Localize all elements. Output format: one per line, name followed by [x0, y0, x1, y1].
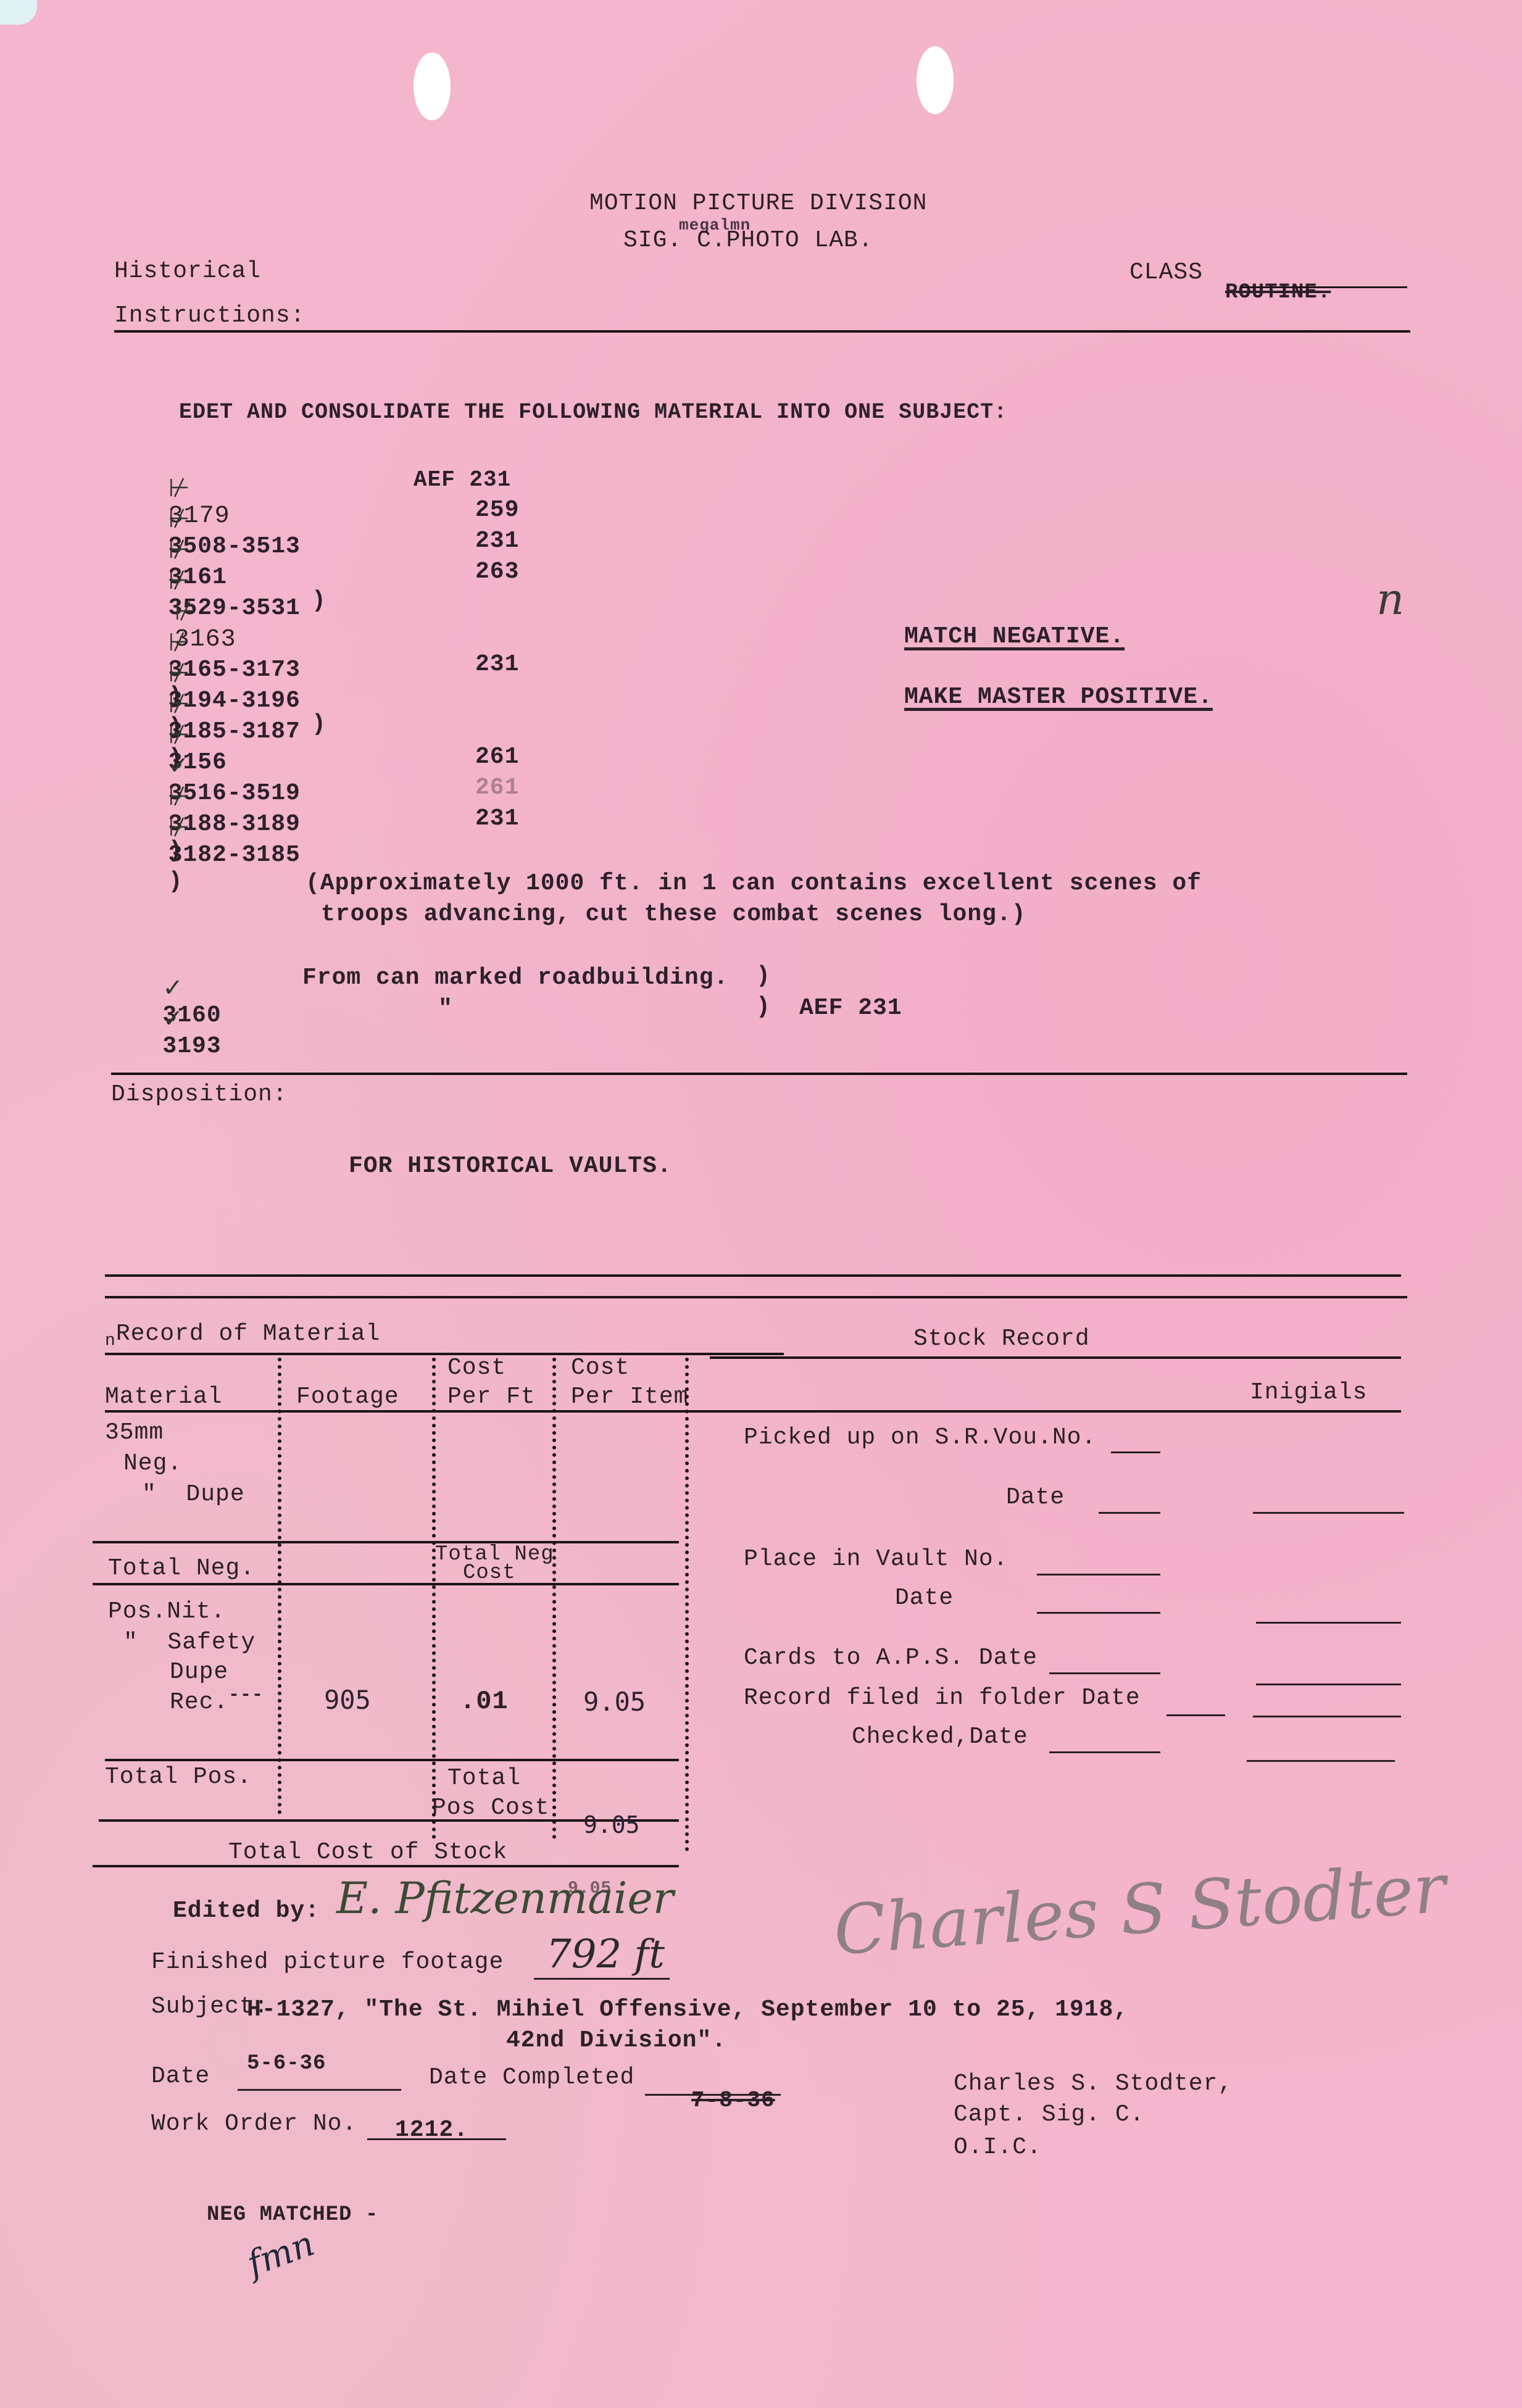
total-pos-cost-label: Total	[447, 1765, 521, 1791]
neg-total-bottom	[93, 1583, 679, 1585]
punch-hole-left	[414, 52, 451, 120]
disposition-line-2	[105, 1296, 1407, 1298]
pos-row-safety: " Safety	[123, 1629, 256, 1656]
vault-initials-field[interactable]	[1256, 1622, 1401, 1624]
total-pos-cost-label-2: Pos Cost	[432, 1795, 549, 1821]
col-cost-perft-top: Cost	[447, 1355, 506, 1381]
item-ref: AEF 231	[414, 467, 511, 492]
rec-dash: ---	[228, 1685, 264, 1706]
lab-title: SIG. C.PHOTO LAB.	[623, 227, 873, 254]
check-mark-icon: ✓	[162, 1005, 183, 1033]
margin-mark: n	[1376, 574, 1404, 625]
neg-row-35mm: 35mm	[105, 1419, 164, 1446]
document-page: MOTION PICTURE DIVISION megalmn SIG. C.P…	[0, 0, 1522, 2408]
date-underline	[238, 2089, 401, 2091]
disposition-value: FOR HISTORICAL VAULTS.	[349, 1153, 672, 1179]
record-filed-initials-field[interactable]	[1253, 1716, 1401, 1717]
finished-footage-underline	[534, 1978, 670, 1980]
pos-row-rec: Rec.	[170, 1689, 228, 1716]
total-pos-cost-value: 9.05	[583, 1811, 640, 1838]
class-underline	[1241, 286, 1407, 288]
extra-item: ✓ 3193	[139, 994, 222, 1071]
vault-date-field[interactable]	[1037, 1612, 1160, 1614]
neg-total-top	[93, 1541, 679, 1543]
item-ref-faded: 261	[475, 774, 519, 801]
historical-label: Historical	[114, 258, 261, 284]
col-cost-peritem-top: Cost	[571, 1355, 630, 1381]
item-bracket: )	[756, 963, 771, 989]
item-bracket: )	[312, 711, 326, 737]
directive-match-negative: MATCH NEGATIVE.	[904, 623, 1125, 650]
checked-date-label: Checked,Date	[852, 1724, 1028, 1750]
column-divider	[278, 1358, 286, 1814]
total-cost-line	[93, 1865, 679, 1867]
work-order-label: Work Order No.	[151, 2111, 357, 2137]
picked-up-label: Picked up on S.R.Vou.No.	[744, 1424, 1096, 1451]
neg-matched-label: NEG MATCHED -	[207, 2203, 378, 2227]
ditto-mark: "	[438, 995, 453, 1022]
record-filed-label: Record filed in folder Date	[744, 1685, 1141, 1711]
directive-master-positive: MAKE MASTER POSITIVE.	[904, 684, 1213, 710]
neg-row-neg: Neg.	[123, 1450, 182, 1477]
editor-signature: E. Pfitzenmaier	[336, 1873, 673, 1924]
note-line-1: (Approximately 1000 ft. in 1 can contain…	[306, 870, 1202, 897]
cards-aps-label: Cards to A.P.S. Date	[744, 1645, 1038, 1671]
work-order-underline	[367, 2138, 506, 2140]
instructions-divider	[111, 1073, 1407, 1075]
officer-title: O.I.C.	[954, 2134, 1042, 2161]
total-neg-label: Total Neg.	[108, 1555, 255, 1582]
vault-no-label: Place in Vault No.	[744, 1546, 1008, 1572]
rec-cost-per-item: 9.05	[583, 1687, 646, 1717]
rec-cost-per-ft: .01	[460, 1687, 509, 1716]
check-mark-icon: ⊬	[168, 813, 190, 842]
date-completed-value: 7-8-36	[691, 2088, 775, 2113]
rec-footage: 905	[324, 1685, 371, 1715]
officer-signature: Charles S Stodter	[831, 1849, 1449, 1970]
vault-date-label: Date	[895, 1585, 954, 1611]
instructions-heading: EDET AND CONSOLIDATE THE FOLLOWING MATER…	[179, 400, 1007, 425]
col-footage: Footage	[296, 1384, 399, 1410]
neg-row-dupe: " Dupe	[142, 1481, 245, 1508]
picked-up-date-field[interactable]	[1099, 1512, 1160, 1514]
note-line-2: troops advancing, cut these combat scene…	[321, 901, 1026, 928]
officer-name: Charles S. Stodter,	[954, 2070, 1233, 2097]
total-cost-stock-label: Total Cost of Stock	[228, 1839, 507, 1866]
officer-rank: Capt. Sig. C.	[954, 2101, 1144, 2128]
disposition-label: Disposition:	[111, 1081, 288, 1108]
instructions-label: Instructions:	[114, 302, 305, 329]
cards-aps-initials-field[interactable]	[1256, 1684, 1401, 1685]
column-divider	[432, 1358, 441, 1839]
col-peritem: Per Item	[571, 1384, 688, 1410]
initials-label: Inigials	[1250, 1379, 1367, 1406]
date-value: 5-6-36	[247, 2052, 326, 2075]
item-ref: 263	[475, 558, 519, 585]
item-ref: 231	[475, 528, 519, 554]
class-value: ROUTINE.	[1225, 281, 1331, 304]
record-header-bottom	[105, 1410, 1401, 1413]
column-divider	[552, 1358, 561, 1839]
subject-line-1: H-1327, "The St. Mihiel Offensive, Septe…	[247, 1996, 1128, 2023]
total-neg-cost-label-2: Cost	[463, 1561, 516, 1585]
pos-row-nit: Pos.Nit.	[108, 1598, 225, 1625]
finished-footage-label: Finished picture footage	[151, 1949, 504, 1975]
extra-item-text: From can marked roadbuilding.	[302, 965, 728, 991]
date-label: Date	[151, 2063, 210, 2090]
header-divider	[114, 330, 1410, 333]
date-completed-underline	[645, 2094, 781, 2096]
total-pos-label: Total Pos.	[105, 1764, 252, 1790]
checked-date-field[interactable]	[1049, 1751, 1160, 1753]
punch-hole-right	[917, 46, 954, 114]
picked-up-field[interactable]	[1111, 1451, 1160, 1453]
item-ref: 261	[475, 744, 519, 770]
subject-line-2: 42nd Division".	[506, 2027, 726, 2054]
torn-corner	[0, 0, 37, 25]
record-title: nRecord of Material	[105, 1321, 380, 1351]
class-label: CLASS	[1129, 259, 1203, 286]
pos-row-dupe: Dupe	[170, 1659, 228, 1685]
item-bracket: )	[312, 587, 326, 614]
cards-aps-field[interactable]	[1049, 1672, 1160, 1674]
edited-by-label: Edited by:	[173, 1898, 320, 1924]
item-ref: 231	[475, 651, 519, 678]
picked-up-initials-field[interactable]	[1253, 1512, 1404, 1514]
vault-no-field[interactable]	[1037, 1574, 1160, 1576]
item-ref: 231	[475, 805, 519, 832]
list-item: ⊬ 3182-3185 )	[133, 802, 301, 906]
finished-footage-value: 792 ft	[546, 1932, 665, 1977]
stock-header-line	[710, 1356, 1401, 1359]
pos-total-top	[105, 1759, 679, 1761]
neg-matched-initials: fmn	[242, 2223, 320, 2285]
stock-record-title: Stock Record	[913, 1326, 1090, 1352]
column-divider	[685, 1358, 694, 1851]
col-perft: Per Ft	[447, 1384, 536, 1410]
item-ref: 259	[475, 497, 519, 523]
checked-initials-field[interactable]	[1247, 1760, 1395, 1762]
item-bracket: )	[756, 994, 771, 1020]
disposition-line-1	[105, 1274, 1401, 1277]
date-completed-label: Date Completed	[429, 2064, 634, 2091]
division-title: MOTION PICTURE DIVISION	[589, 190, 928, 217]
record-filed-field[interactable]	[1166, 1714, 1225, 1716]
extra-ref: AEF 231	[799, 995, 902, 1021]
col-material: Material	[105, 1384, 222, 1410]
record-header-top	[105, 1353, 784, 1355]
picked-up-date-label: Date	[1006, 1484, 1065, 1511]
